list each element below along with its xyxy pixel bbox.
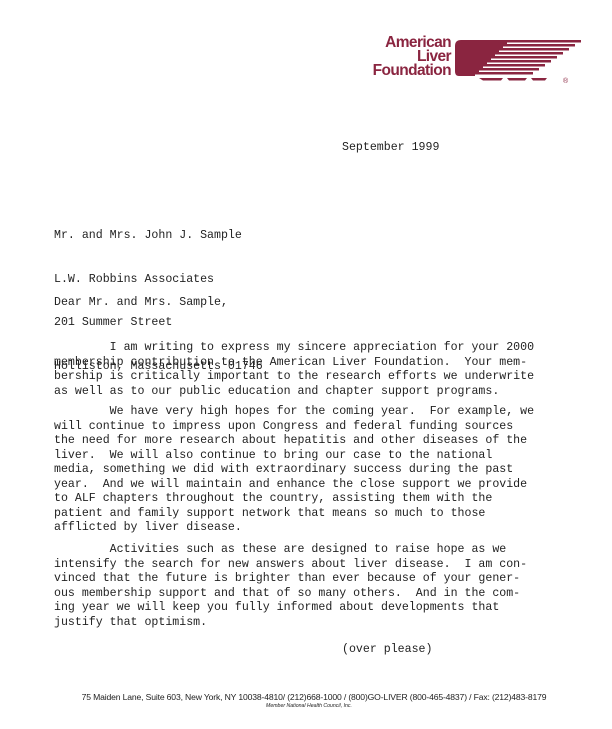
registered-mark: ® bbox=[563, 77, 569, 84]
continuation-note: (over please) bbox=[342, 643, 432, 658]
logo-wordmark: American Liver Foundation bbox=[373, 36, 451, 78]
letter-date: September 1999 bbox=[342, 141, 439, 156]
salutation: Dear Mr. and Mrs. Sample, bbox=[54, 296, 228, 311]
footer-member-note: Member National Health Council, Inc. bbox=[0, 703, 612, 709]
letterhead-logo: American Liver Foundation ® bbox=[355, 36, 581, 84]
recipient-company: L.W. Robbins Associates bbox=[54, 273, 263, 288]
body-paragraph-3: Activities such as these are designed to… bbox=[54, 543, 527, 630]
body-paragraph-1: I am writing to express my sincere appre… bbox=[54, 341, 534, 399]
logo-line-foundation: Foundation bbox=[373, 64, 451, 78]
letterhead-footer: 75 Maiden Lane, Suite 603, New York, NY … bbox=[0, 692, 612, 709]
recipient-street: 201 Summer Street bbox=[54, 316, 263, 331]
liver-wing-logo-icon: ® bbox=[455, 38, 581, 84]
recipient-name: Mr. and Mrs. John J. Sample bbox=[54, 229, 263, 244]
footer-contact-address: 75 Maiden Lane, Suite 603, New York, NY … bbox=[0, 692, 612, 702]
body-paragraph-2: We have very high hopes for the coming y… bbox=[54, 405, 534, 536]
